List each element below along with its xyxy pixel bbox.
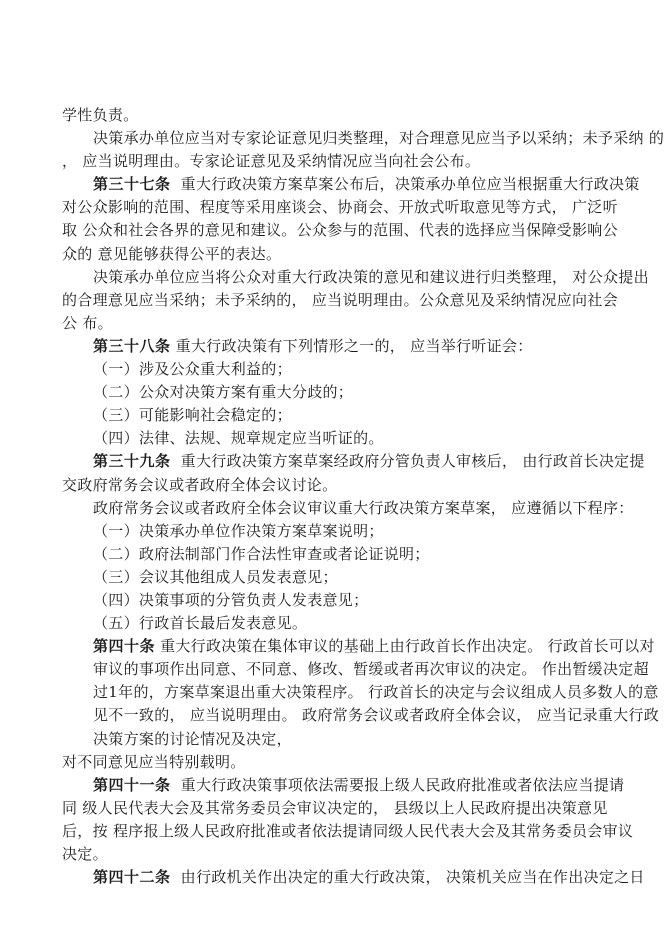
text-line: 后，按 程序报上级人民政府批准或者依法提请同级人民代表大会及其常务委员会审议 (62, 820, 614, 843)
article-heading-line: 第四十一条 重大行政决策事项依法需要报上级人民政府批准或者依法应当提请 (62, 774, 614, 797)
text-line: 对公众影响的范围、程度等采用座谈会、协商会、开放式听取意见等方式， 广泛听 (62, 196, 614, 219)
article-number: 第四十二条 (93, 868, 171, 886)
text-line: （四）决策事项的分管负责人发表意见； (62, 589, 614, 612)
article-number: 第四十条 (93, 637, 155, 655)
article-heading-line: 第三十八条 重大行政决策有下列情形之一的， 应当举行听证会： (62, 335, 614, 358)
article-heading-line: 第四十二条 由行政机关作出决定的重大行政决策， 决策机关应当在作出决定之日 (62, 866, 614, 889)
article-heading-line: 第四十条 重大行政决策在集体审议的基础上由行政首长作出决定。 行政首长可以对 (62, 635, 614, 658)
text-line: 众的 意见能够获得公平的表达。 (62, 243, 614, 266)
text-line: 决定。 (62, 843, 614, 866)
article-heading-line: 第三十七条 重大行政决策方案草案公布后，决策承办单位应当根据重大行政决策 (62, 173, 614, 196)
text-line: （三）会议其他组成人员发表意见； (62, 566, 614, 589)
text-line: 同 级人民代表大会及其常务委员会审议决定的， 县级以上人民政府提出决策意见 (62, 797, 614, 820)
text-line: 对不同意见应当特别载明。 (62, 751, 614, 774)
text-line: 见不一致的， 应当说明理由。 政府常务会议或者政府全体会议， 应当记录重大行政 (62, 704, 614, 727)
text-line: 过1年的，方案草案退出重大决策程序。 行政首长的决定与会议组成人员多数人的意 (62, 681, 614, 704)
text-line: （一）涉及公众重大利益的； (62, 358, 614, 381)
article-heading-line: 第三十九条 重大行政决策方案草案经政府分管负责人审核后， 由行政首长决定提 (62, 450, 614, 473)
text-line: 审议的事项作出同意、不同意、修改、暂缓或者再次审议的决定。 作出暂缓决定超 (62, 658, 614, 681)
text-line: （二）公众对决策方案有重大分歧的； (62, 381, 614, 404)
text-line: ， 应当说明理由。专家论证意见及采纳情况应当向社会公布。 (62, 150, 614, 173)
text-line: 取 公众和社会各界的意见和建议。公众参与的范围、代表的选择应当保障受影响公 (62, 219, 614, 242)
text-line: 学性负责。 (62, 104, 614, 127)
text-line: 政府常务会议或者政府全体会议审议重大行政决策方案草案， 应遵循以下程序： (62, 497, 614, 520)
text-line: （四）法律、法规、规章规定应当听证的。 (62, 427, 614, 450)
article-number: 第三十八条 (93, 337, 171, 355)
article-number: 第四十一条 (93, 776, 171, 794)
text-line: （三）可能影响社会稳定的； (62, 404, 614, 427)
text-line: （五）行政首长最后发表意见。 (62, 612, 614, 635)
document-text-block: 学性负责。决策承办单位应当对专家论证意见归类整理，对合理意见应当予以采纳；未予采… (62, 104, 614, 889)
text-line: （一）决策承办单位作决策方案草案说明； (62, 520, 614, 543)
text-line: 交政府常务会议或者政府全体会议讨论。 (62, 474, 614, 497)
text-line: 公 布。 (62, 312, 614, 335)
text-line: 决策方案的讨论情况及决定， (62, 728, 614, 751)
article-number: 第三十七条 (93, 175, 171, 193)
article-number: 第三十九条 (93, 452, 171, 470)
text-line: 决策承办单位应当将公众对重大行政决策的意见和建议进行归类整理， 对公众提出 (62, 266, 614, 289)
text-line: 的合理意见应当采纳；未予采纳的， 应当说明理由。公众意见及采纳情况应向社会 (62, 289, 614, 312)
document-page: 学性负责。决策承办单位应当对专家论证意见归类整理，对合理意见应当予以采纳；未予采… (0, 0, 664, 929)
text-line: 决策承办单位应当对专家论证意见归类整理，对合理意见应当予以采纳；未予采纳 的 (62, 127, 614, 150)
text-line: （二）政府法制部门作合法性审查或者论证说明； (62, 543, 614, 566)
